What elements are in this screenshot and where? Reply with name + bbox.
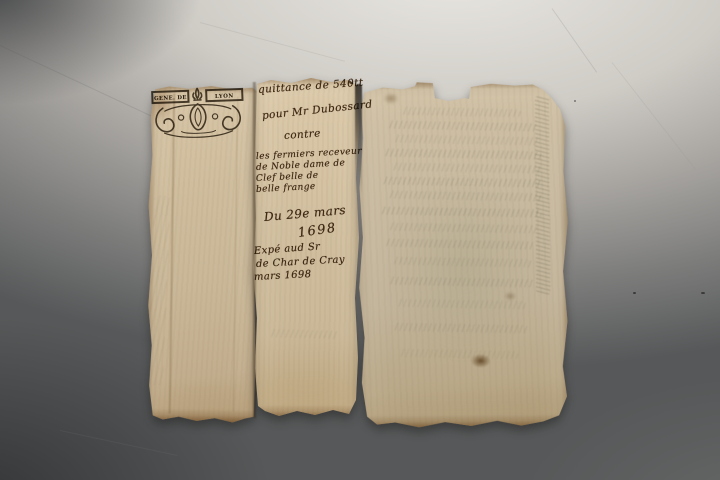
dust-speck xyxy=(574,100,576,102)
paper-surface xyxy=(357,81,571,428)
bleedthrough-marks xyxy=(269,329,339,339)
paper-edge-browning xyxy=(253,405,359,418)
bleedthrough-text-row xyxy=(383,148,541,159)
scratch-mark xyxy=(60,430,178,456)
document-right-sheet xyxy=(357,81,571,428)
scratch-mark xyxy=(200,22,345,62)
fleur-de-lis-icon xyxy=(193,88,202,100)
photograph-of-manuscript: GENE. DE LYON quittance de 540tt pour Mr… xyxy=(0,0,720,480)
dust-speck xyxy=(633,292,636,294)
brown-stain xyxy=(383,92,399,104)
scratch-mark xyxy=(552,8,598,72)
generalite-stamp: GENE. DE LYON xyxy=(150,85,246,144)
dust-speck xyxy=(701,292,705,294)
paper-edge-browning xyxy=(359,414,571,428)
brown-stain xyxy=(504,292,516,301)
paper-edge-browning xyxy=(145,408,255,423)
paper-edge-browning xyxy=(357,81,569,89)
stamp-right-cartouche-text: LYON xyxy=(215,93,234,100)
handwriting-line: contre xyxy=(284,127,322,142)
bleedthrough-text-row xyxy=(401,107,521,117)
bleedthrough-text-row xyxy=(399,349,519,359)
scratch-mark xyxy=(612,62,697,170)
bleedthrough-text-row xyxy=(387,121,537,132)
fold-crease-line xyxy=(233,96,238,411)
bleedthrough-text-row xyxy=(381,176,541,187)
stamp-left-cartouche-text: GENE. DE xyxy=(154,95,187,102)
bleedthrough-edge-column xyxy=(535,95,550,295)
brown-stain xyxy=(471,354,491,368)
paper-edge-browning xyxy=(560,81,571,427)
bleedthrough-text-row xyxy=(393,135,539,146)
bleedthrough-text-row xyxy=(391,163,541,174)
